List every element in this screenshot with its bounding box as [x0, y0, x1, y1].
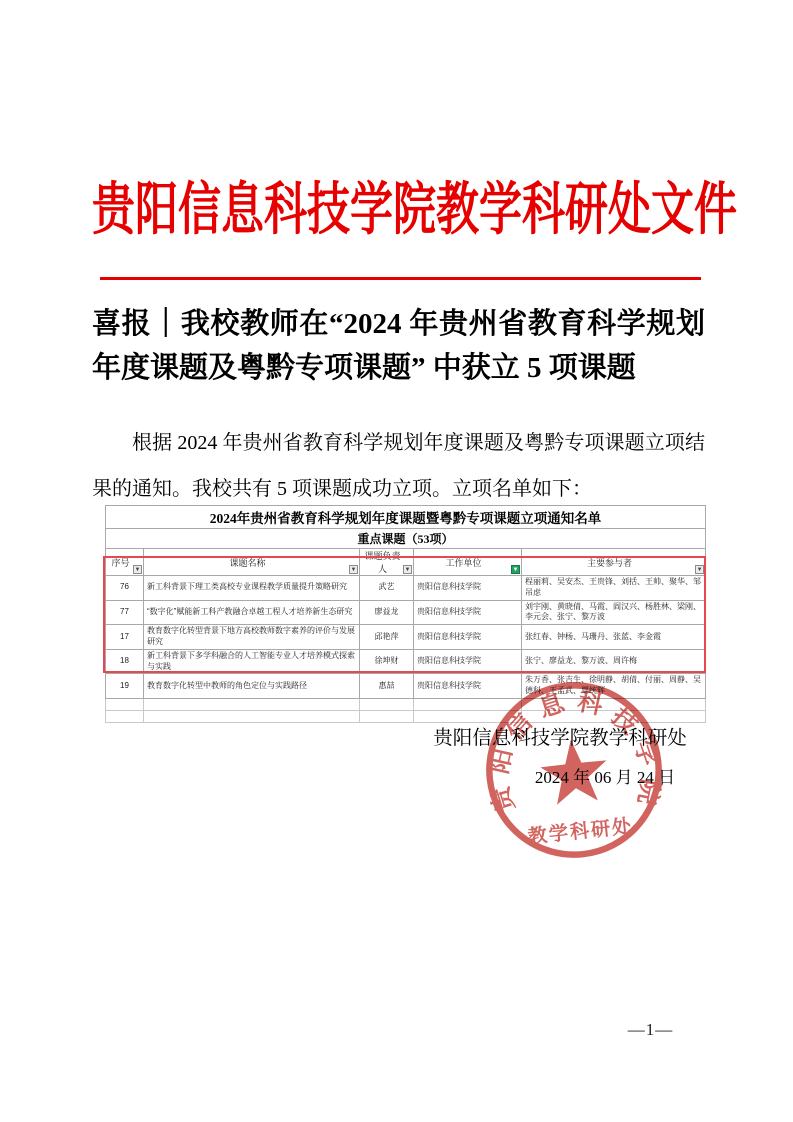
- cell-serial: 77: [106, 600, 144, 625]
- header-work-unit: 工作单位▼: [414, 549, 522, 576]
- filter-dropdown-icon: ▼: [403, 565, 412, 574]
- header-participants-label: 主要参与者: [587, 558, 632, 568]
- table-row: 77 “数字化”赋能新工科产教融合卓越工程人才培养新生态研究 廖益龙 贵阳信息科…: [106, 600, 706, 625]
- header-leader: 课题负责人▼: [360, 549, 414, 576]
- header-work-unit-label: 工作单位: [445, 558, 481, 568]
- cell-project-name: “数字化”赋能新工科产教融合卓越工程人才培养新生态研究: [144, 600, 360, 625]
- header-project-name-label: 课题名称: [229, 558, 265, 568]
- cell-work-unit: 贵阳信息科技学院: [414, 600, 522, 625]
- table-row: 17 教育数字化转型背景下地方高校教师数字素养的评价与发展研究 邱艳萍 贵阳信息…: [106, 625, 706, 650]
- table-title: 2024年贵州省教育科学规划年度课题暨粤黔专项课题立项通知名单: [106, 506, 706, 529]
- table-row: 18 新工科背景下多学科融合的人工智能专业人才培养模式探索与实践 徐坤财 贵阳信…: [106, 649, 706, 674]
- header-leader-label: 课题负责人: [364, 551, 400, 574]
- cell-participants: 程丽莉、吴安杰、王贵锋、刘括、王帅、聚华、邹吊虑: [522, 576, 706, 601]
- filter-dropdown-icon: ▼: [133, 565, 142, 574]
- seal-star-icon: [538, 736, 611, 806]
- filter-dropdown-icon: ▼: [349, 565, 358, 574]
- cell-leader: 徐坤财: [360, 649, 414, 674]
- page-number: —1—: [598, 1020, 703, 1040]
- cell-project-name: 新工科背景下多学科融合的人工智能专业人才培养模式探索与实践: [144, 649, 360, 674]
- cell-serial: 17: [106, 625, 144, 650]
- cell-work-unit: 贵阳信息科技学院: [414, 625, 522, 650]
- table-row: 76 新工科背景下理工类高校专业课程教学质量提升策略研究 武艺 贵阳信息科技学院…: [106, 576, 706, 601]
- cell-serial: 18: [106, 649, 144, 674]
- cell-work-unit: 贵阳信息科技学院: [414, 649, 522, 674]
- body-paragraph: 根据 2024 年贵州省教育科学规划年度课题及粤黔专项课题立项结果的通知。我校共…: [92, 420, 705, 512]
- table-subtitle: 重点课题（53项）: [106, 529, 706, 549]
- filter-applied-icon: ▼: [511, 565, 520, 574]
- header-project-name: 课题名称▼: [144, 549, 360, 576]
- filter-dropdown-icon: ▼: [695, 565, 704, 574]
- table-header-row: 序号▼ 课题名称▼ 课题负责人▼ 工作单位▼ 主要参与者▼: [106, 549, 706, 576]
- cell-leader: 廖益龙: [360, 600, 414, 625]
- letterhead-title: 贵阳信息科技学院教学科研处文件: [92, 165, 702, 246]
- cell-leader: 惠喆: [360, 674, 414, 699]
- cell-project-name: 教育数字化转型中教师的角色定位与实践路径: [144, 674, 360, 699]
- header-serial-label: 序号: [111, 558, 129, 568]
- cell-participants: 刘宇刚、黄晓倩、马霞、阎汉兴、杨胜林、梁刚、李元会、张宁、黎万波: [522, 600, 706, 625]
- cell-serial: 19: [106, 674, 144, 699]
- cell-serial: 76: [106, 576, 144, 601]
- cell-leader: 武艺: [360, 576, 414, 601]
- cell-leader: 邱艳萍: [360, 625, 414, 650]
- cell-project-name: 新工科背景下理工类高校专业课程教学质量提升策略研究: [144, 576, 360, 601]
- cell-project-name: 教育数字化转型背景下地方高校教师数字素养的评价与发展研究: [144, 625, 360, 650]
- official-seal: 贵阳信息科技学院 教学科研处: [473, 669, 675, 871]
- cell-work-unit: 贵阳信息科技学院: [414, 576, 522, 601]
- header-serial: 序号▼: [106, 549, 144, 576]
- document-title: 喜报｜我校教师在“2024 年贵州省教育科学规划年度课题及粤黔专项课题” 中获立…: [92, 302, 705, 391]
- letterhead-divider: [100, 277, 701, 280]
- cell-participants: 张红春、钟杨、马珊丹、张蓝、李金霞: [522, 625, 706, 650]
- header-participants: 主要参与者▼: [522, 549, 706, 576]
- cell-participants: 张宁、廖益龙、黎万波、周许梅: [522, 649, 706, 674]
